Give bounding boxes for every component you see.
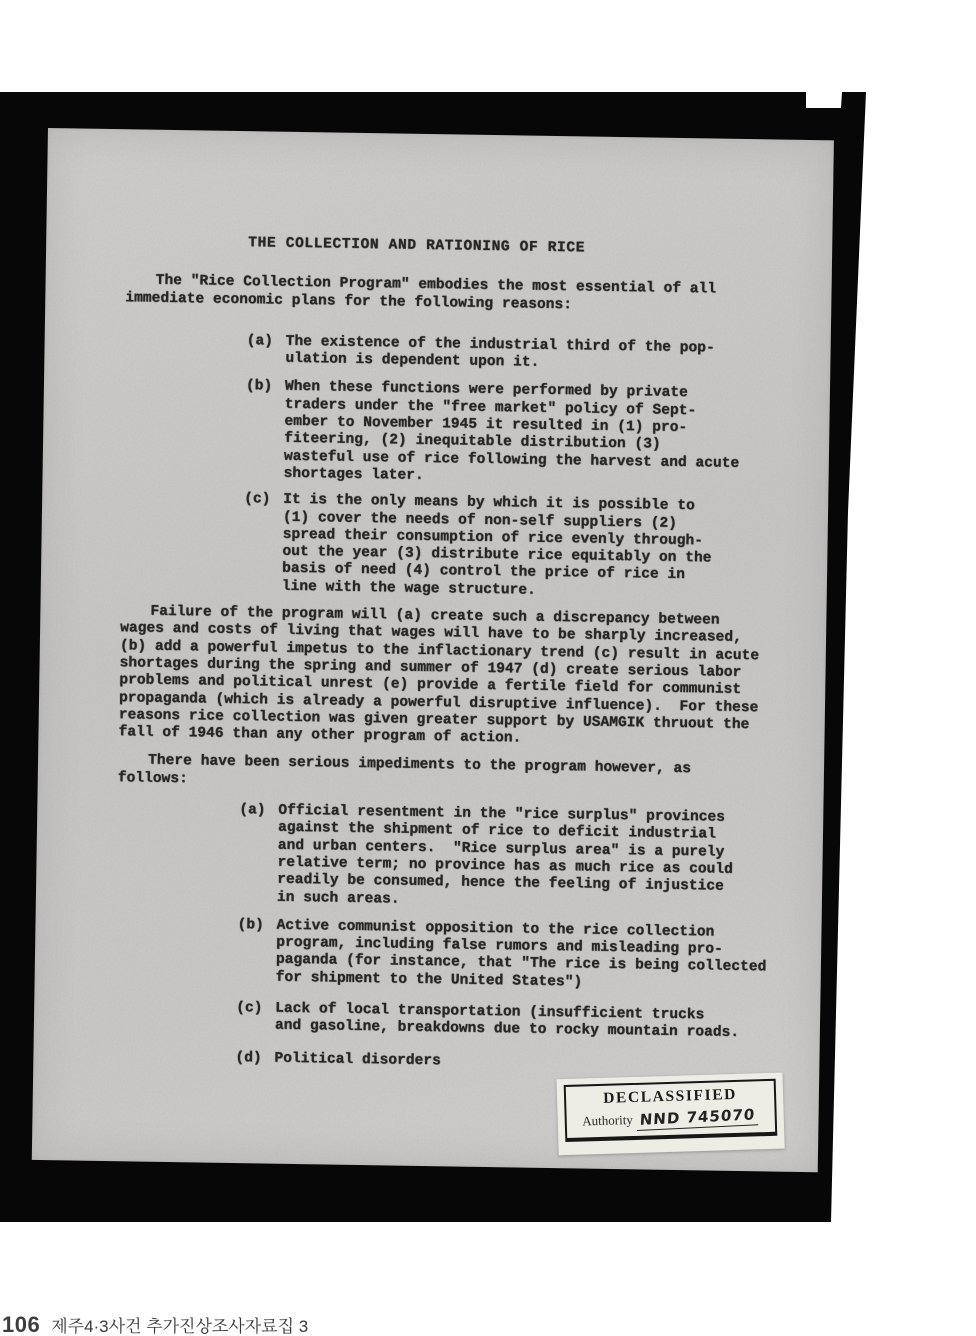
book-footer: 106 제주4·3사건 추가진상조사자료집 3: [2, 1312, 308, 1336]
document-title: THE COLLECTION AND RATIONING OF RICE: [248, 235, 816, 261]
reason-text-c: It is the only means by which it is poss…: [282, 492, 813, 604]
declassified-stamp-box: DECLASSIFIED AuthorityNND 745070: [564, 1079, 778, 1142]
stamp-authority-label: Authority: [582, 1112, 633, 1128]
impediment-label-d: (d): [235, 1050, 274, 1068]
impediment-text-a: Official resentment in the "rice surplus…: [277, 803, 808, 915]
reason-label-b: (b): [244, 379, 285, 483]
reason-text-a: The existence of the industrial third of…: [285, 334, 814, 377]
impediment-text-c: Lack of local transportation (insufficie…: [275, 1001, 804, 1044]
impediment-item-d: (d) Political disorders: [235, 1050, 803, 1076]
scanned-page: THE COLLECTION AND RATIONING OF RICE The…: [32, 128, 834, 1172]
impediment-item-a: (a) Official resentment in the "rice sur…: [238, 802, 808, 915]
impediment-text-d: Political disorders: [274, 1050, 803, 1076]
reason-label-a: (a): [246, 333, 286, 368]
impediment-text-b: Active communist opposition to the rice …: [276, 917, 806, 994]
stamp-authority-number: NND 745070: [637, 1105, 760, 1131]
impediment-item-b: (b) Active communist opposition to the r…: [237, 917, 806, 995]
reason-item-b: (b) When these functions were performed …: [244, 379, 814, 492]
footer-caption: 제주4·3사건 추가진상조사자료집 3: [51, 1312, 308, 1336]
page-number: 106: [2, 1312, 40, 1336]
intro-paragraph: The "Rice Collection Program" embodies t…: [125, 273, 815, 318]
stamp-authority-line: AuthorityNND 745070: [572, 1106, 769, 1132]
reason-label-c: (c): [243, 491, 284, 595]
impediment-label-a: (a): [238, 802, 279, 906]
impediment-label-c: (c): [236, 1000, 276, 1035]
impediments-intro: There have been serious impediments to t…: [118, 753, 808, 798]
declassified-stamp: DECLASSIFIED AuthorityNND 745070: [557, 1073, 785, 1156]
failure-paragraph: Failure of the program will (a) create s…: [118, 603, 810, 752]
impediment-item-c: (c) Lack of local transportation (insuff…: [236, 1000, 804, 1044]
reason-text-b: When these functions were performed by p…: [283, 379, 814, 491]
reason-item-a: (a) The existence of the industrial thir…: [246, 333, 814, 377]
scan-background: THE COLLECTION AND RATIONING OF RICE The…: [0, 92, 868, 1222]
reason-item-c: (c) It is the only means by which it is …: [243, 491, 813, 604]
typewritten-document: THE COLLECTION AND RATIONING OF RICE The…: [113, 233, 816, 1076]
impediment-label-b: (b): [237, 917, 277, 987]
